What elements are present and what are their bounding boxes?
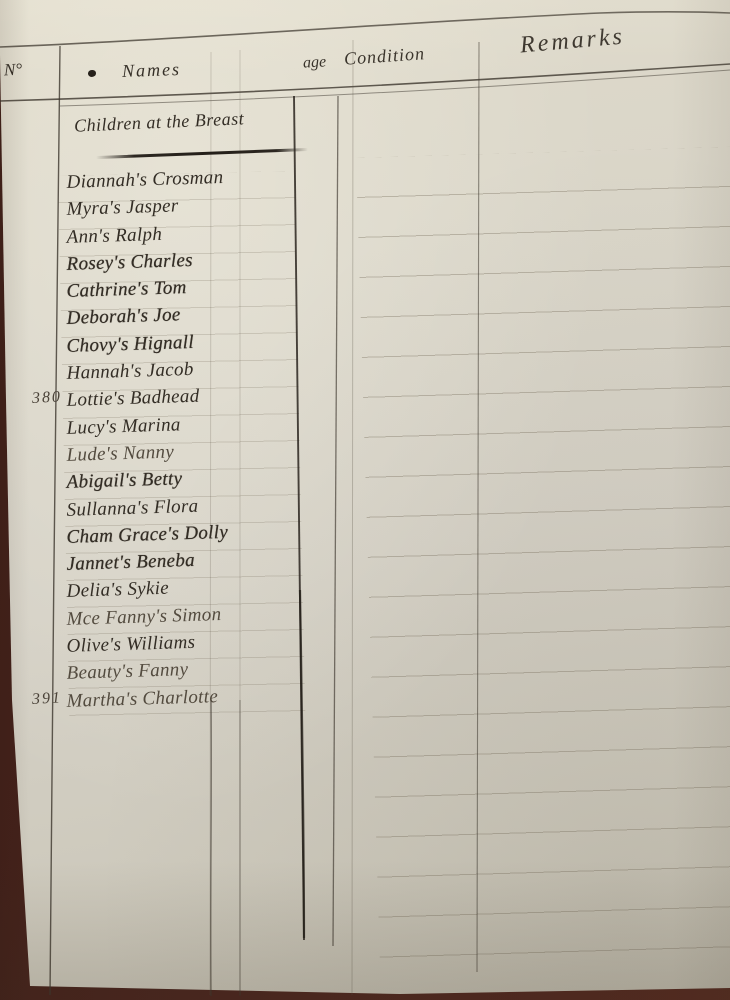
entry-name: Lucy's Marina — [61, 414, 181, 440]
column-header-names: Names — [122, 59, 182, 82]
column-header-no: N° — [4, 60, 23, 81]
entry-number: 391 — [0, 689, 62, 710]
entry-name: Ann's Ralph — [61, 223, 162, 248]
entry-name: Martha's Charlotte — [61, 686, 218, 713]
entry-name: Mce Fanny's Simon — [61, 604, 221, 631]
entry-name: Abigail's Betty — [61, 468, 182, 494]
entry-name: Lude's Nanny — [61, 441, 174, 467]
remarks-column-guide-lines — [356, 147, 730, 982]
entry-name: Olive's Williams — [61, 632, 195, 658]
entry-name: Diannah's Crosman — [61, 167, 223, 194]
entry-name: Deborah's Joe — [61, 305, 181, 331]
entry-name: Cathrine's Tom — [61, 277, 187, 303]
table-row: Abigail's Betty — [0, 472, 340, 499]
entry-name: Chovy's Hignall — [61, 332, 194, 358]
entry-name: Jannet's Beneba — [61, 550, 195, 576]
ledger-photo: N° Names age Condition Remarks Children … — [0, 0, 730, 1000]
entry-name: Hannah's Jacob — [61, 359, 194, 385]
entry-name: Rosey's Charles — [61, 250, 193, 276]
entry-name: Cham Grace's Dolly — [61, 522, 228, 549]
entry-name: Lottie's Badhead — [61, 386, 200, 412]
entry-number: 380 — [0, 389, 62, 410]
table-row: 380Lottie's Badhead — [0, 390, 340, 417]
table-row: Myra's Jasper — [0, 199, 340, 226]
entry-name: Beauty's Fanny — [61, 659, 188, 685]
entries-list: Diannah's CrosmanMyra's JasperAnn's Ralp… — [0, 172, 340, 718]
table-row: 391Martha's Charlotte — [0, 691, 340, 718]
column-header-age: age — [303, 53, 327, 72]
entry-name: Sullanna's Flora — [61, 495, 198, 521]
entry-name: Myra's Jasper — [61, 196, 179, 222]
entry-name: Delia's Sykie — [61, 578, 169, 603]
table-row: Beauty's Fanny — [0, 663, 340, 690]
table-row: Jannet's Beneba — [0, 554, 340, 581]
